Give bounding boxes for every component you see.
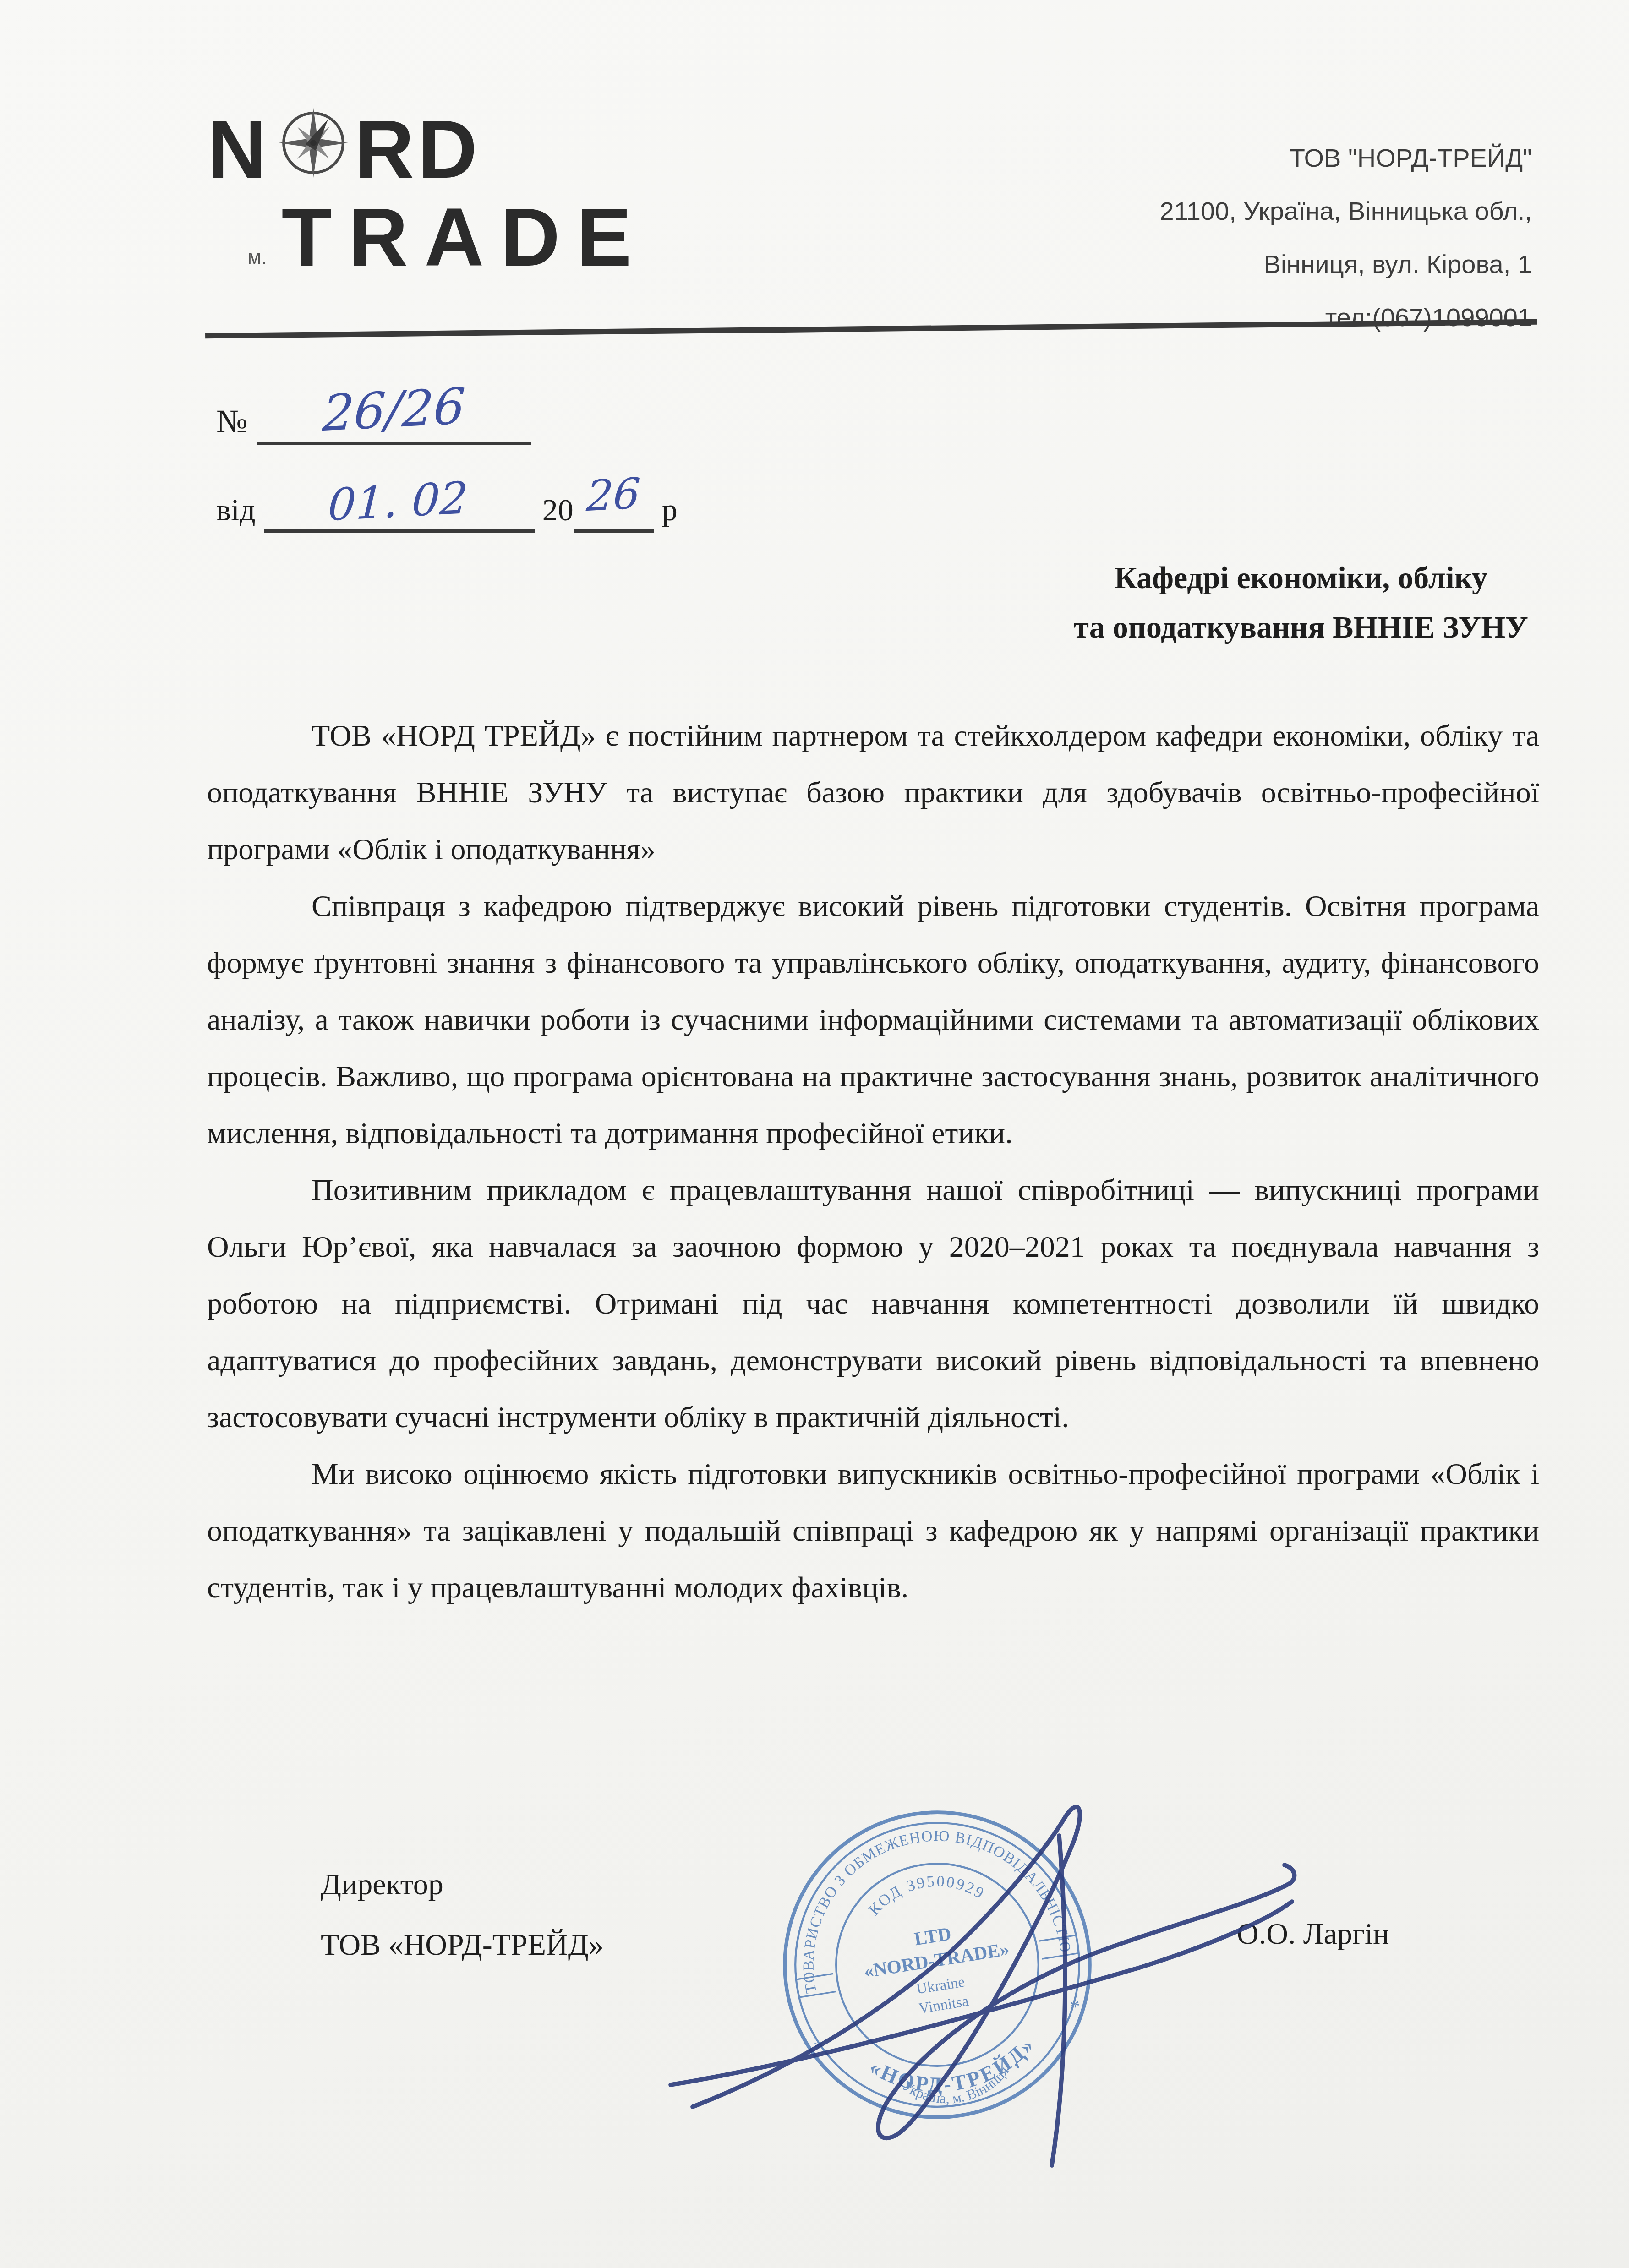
logo-line-trade: м. TRADE [247, 196, 648, 280]
year-suffix: р [662, 493, 678, 528]
signature-main-stroke [693, 1807, 1295, 2138]
signer-title-line2: ТОВ «НОРД-ТРЕЙД» [321, 1914, 604, 1975]
company-address-block: ТОВ "НОРД-ТРЕЙД" 21100, Україна, Вінниць… [1160, 132, 1532, 344]
director-signature [660, 1777, 1301, 2226]
number-blank: 26/26 [256, 392, 531, 445]
paragraph-2: Співпраця з кафедрою підтверджує високий… [207, 878, 1539, 1161]
paragraph-3: Позитивним прикладом є працевлаштування … [207, 1161, 1539, 1445]
reference-date-line: від 01. 02 2026 р [216, 484, 678, 533]
company-name: ТОВ "НОРД-ТРЕЙД" [1160, 132, 1532, 185]
letter-body: ТОВ «НОРД ТРЕЙД» є постійним партнером т… [207, 707, 1539, 1616]
signature-cross-stroke [671, 1902, 1292, 2085]
handwritten-year: 26 [586, 475, 642, 520]
recipient-line2: та оподаткування ВННІЕ ЗУНУ [1074, 603, 1529, 652]
company-address-line2: Вінниця, вул. Кірова, 1 [1160, 238, 1532, 291]
signer-title-block: Директор ТОВ «НОРД-ТРЕЙД» [321, 1854, 604, 1975]
handwritten-date: 01. 02 [328, 476, 470, 528]
paragraph-1: ТОВ «НОРД ТРЕЙД» є постійним партнером т… [207, 707, 1539, 878]
logo-city-abbr: м. [247, 247, 267, 269]
compass-rose-icon [276, 106, 349, 194]
date-label: від [216, 493, 256, 528]
company-logo: N RD м. TRADE [207, 106, 648, 280]
logo-letters-rd: RD [355, 108, 481, 192]
logo-line-nord: N RD [207, 106, 648, 194]
company-phone: тел:(067)1099001 [1160, 291, 1532, 344]
recipient-block: Кафедрі економіки, обліку та оподаткуван… [1074, 553, 1529, 652]
handwritten-number: 26/26 [321, 383, 466, 440]
year-prefix: 20 [542, 493, 574, 528]
company-address-line1: 21100, Україна, Вінницька обл., [1160, 185, 1532, 238]
logo-word-trade: TRADE [282, 196, 648, 280]
paragraph-4: Ми високо оцінюємо якість підготовки вип… [207, 1445, 1539, 1616]
signer-title-line1: Директор [321, 1854, 604, 1914]
date-blank: 01. 02 [263, 484, 535, 533]
recipient-line1: Кафедрі економіки, обліку [1074, 553, 1529, 603]
year-blank: 26 [574, 487, 654, 533]
reference-number-line: № 26/26 [216, 392, 531, 445]
letter-page: N RD м. TRADE ТОВ [0, 0, 1629, 2268]
logo-letter-n: N [207, 108, 270, 192]
number-label: № [216, 403, 248, 440]
